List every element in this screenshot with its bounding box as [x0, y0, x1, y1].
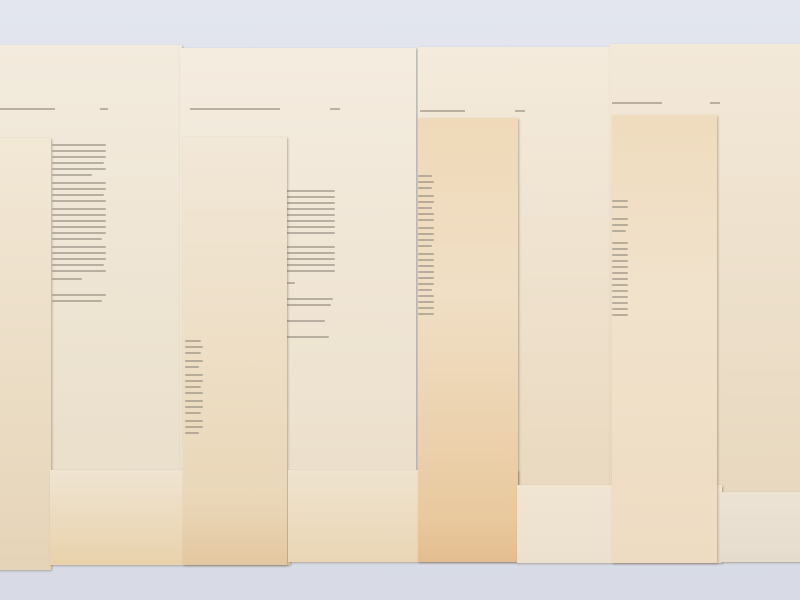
page-front-7 [612, 115, 717, 563]
page-front-8 [720, 492, 800, 562]
page-front-1 [0, 138, 51, 570]
